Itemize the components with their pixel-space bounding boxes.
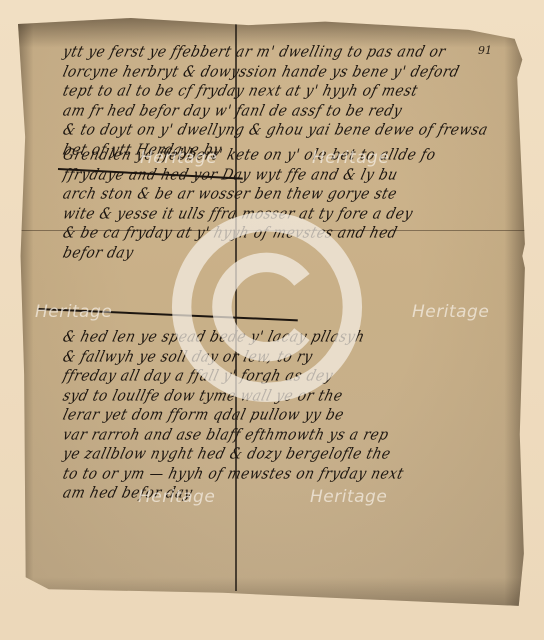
script-line: am hed befor day [60,483,504,505]
manuscript-leaf: 91 ytt ye ferst ye ffebbert ar m' dwelli… [18,18,530,613]
script-line: & hed len ye spead bede y' lacay pllasyh [60,327,504,349]
script-line: & be ca fryday at y' hyyh of mevstes and… [60,223,504,245]
script-line: befor day [60,242,504,264]
script-line: ytt ye ferst ye ffebbert ar m' dwelling … [60,42,504,64]
paragraph-1: ytt ye ferst ye ffebbert ar m' dwelling … [63,43,502,160]
script-line: Grendlen ye ffebbert' kete on y' ole bet… [60,145,504,167]
script-line: tept to al to be cf fryday next at y' hy… [60,81,504,103]
script-line: & to doyt on y' dwellyng & ghou yai bene… [60,120,504,142]
script-line: ffreday all day a ffall y' forgh as dey [60,366,504,388]
script-line: ye zallblow nyght hed & dozy bergelofle … [60,444,504,466]
paragraph-divider [38,308,298,321]
script-line: arch ston & be ar wosser ben thew gorye … [60,184,504,206]
paragraph-2: Grendlen ye ffebbert' kete on y' ole bet… [63,146,502,263]
script-line: lerar yet dom fform qdal pullow yy be [60,405,504,427]
paragraph-3: & hed len ye spead bede y' lacay pllasyh… [63,328,502,504]
